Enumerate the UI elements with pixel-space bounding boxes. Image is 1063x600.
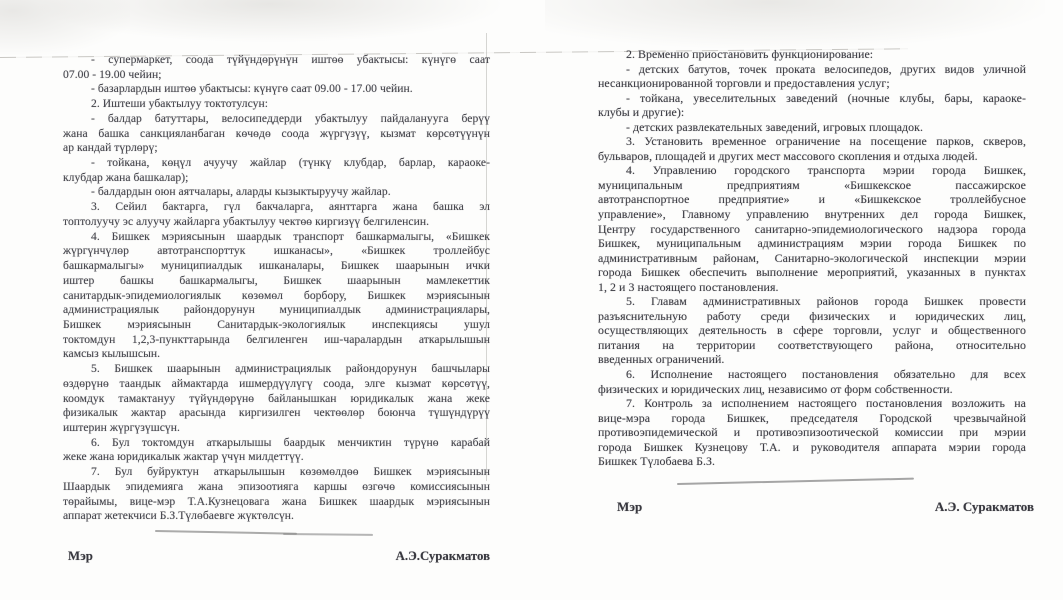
text-line: - детских батутов, точек проката велосип…: [598, 62, 1026, 77]
paragraph: - балдар батуттары, велосипеддерди убакт…: [63, 112, 490, 156]
text-line: 6. Исполнение настоящего постановления о…: [598, 367, 1026, 382]
text-line: 1, 2 и 3 настоящего постановления.: [598, 280, 1026, 295]
text-line: несанкционированной торговли и предостав…: [598, 76, 1026, 91]
text-line: физических и юридических лиц, независимо…: [598, 382, 1026, 397]
paragraph: 4. Управлению городского транспорта мэри…: [598, 163, 1026, 294]
text-line: города Бишкек Кузнецову Т.А. и руководит…: [598, 440, 1026, 455]
text-line: Бишкек, муниципальным администрациям мэр…: [598, 236, 1026, 251]
text-line: вице-мэра города Бишкек, председателя Го…: [598, 411, 1026, 426]
text-line: төрайымы, вице-мэр Т.А.Кузнецовага жана …: [63, 495, 490, 510]
text-line: санитардык-эпидемиологиялык көзөмөл борб…: [63, 289, 490, 304]
text-line: 6. Бул токтомдун аткарылышы баардык менч…: [63, 436, 490, 451]
text-line: коомдук тамактануу түйүндөрүнө байланышк…: [63, 392, 490, 407]
scan-smudge: [40, 0, 500, 42]
text-line: питания на территории соответствующего р…: [598, 338, 1026, 353]
text-line: камсыз кылышсын.: [63, 347, 490, 362]
text-line: 4. Бишкек мэриясынын шаардык транспорт б…: [63, 230, 490, 245]
scan-smudge: [0, 0, 130, 55]
paragraph: - балдардын оюн аятчалары, аларды кызыкт…: [63, 185, 490, 200]
paragraph: 5. Главам административных районов город…: [598, 294, 1026, 367]
text-line: 07.00 - 19.00 чейин;: [63, 68, 490, 83]
paragraph: 2. Временно приостановить функционирован…: [598, 47, 1026, 62]
text-line: - тойкана, увеселительных заведений (ноч…: [598, 91, 1026, 106]
paragraph: 6. Исполнение настоящего постановления о…: [598, 367, 1026, 396]
text-line: 7. Контроль за исполнением настоящего по…: [598, 396, 1026, 411]
paragraph: 7. Контроль за исполнением настоящего по…: [598, 396, 1026, 469]
paragraph: 4. Бишкек мэриясынын шаардык транспорт б…: [63, 230, 490, 362]
text-line: - детских развлекательных заведений, игр…: [598, 120, 1026, 135]
text-line: иштерин жүргүзүшсүн.: [63, 421, 490, 436]
text-line: - супермаркет, соода түйүндөрүнүн иштөө …: [63, 53, 490, 68]
paragraph: - тойкана, көңүл ачуучу жайлар (түнкү кл…: [63, 156, 490, 185]
text-line: жеке жана юридикалык жактар үчүн милдетт…: [63, 450, 490, 465]
text-line: аппарат жетекчиси Б.З.Түлөбаевге жүктөлс…: [63, 509, 490, 524]
paragraph: - тойкана, увеселительных заведений (ноч…: [598, 91, 1026, 120]
paragraph: 3. Установить временное ограничение на п…: [598, 134, 1026, 163]
signature-row-right: Мэр А.Э. Суракматов: [598, 499, 1034, 515]
text-line: 7. Бул буйруктун аткарылышын көзөмөлдөө …: [63, 465, 490, 480]
text-line: - балдардын оюн аятчалары, аларды кызыкт…: [63, 185, 490, 200]
text-line: Шаардык эпидемияга жана эпизоотияга карш…: [63, 480, 490, 495]
text-line: клубдар жана башкалар);: [63, 171, 490, 186]
text-line: иштер башкы башкармалыгы, Бишкек шаарыны…: [63, 274, 490, 289]
text-line: введенных ограничений.: [598, 352, 1026, 367]
signature-line: [283, 533, 373, 536]
paragraph: 6. Бул токтомдун аткарылышы баардык менч…: [63, 436, 490, 465]
text-line: бульваров, площадей и других мест массов…: [598, 149, 1026, 164]
text-line: клубы и другие):: [598, 105, 1026, 120]
text-line: 2. Временно приостановить функционирован…: [598, 47, 1026, 62]
text-line: разъяснительную работу среди физических …: [598, 309, 1026, 324]
text-line: - балдар батуттары, велосипеддерди убакт…: [63, 112, 490, 127]
paragraph: 3. Сейил бактарга, гүл бакчаларга, аянтт…: [63, 200, 490, 229]
text-line: жана башка санкцияланбаган көчөдө соода …: [63, 127, 490, 142]
text-line: Бишкек Түлобаева Б.З.: [598, 454, 1026, 469]
text-line: 5. Главам административных районов город…: [598, 294, 1026, 309]
signature-line: [677, 478, 914, 485]
text-line: администрациялык райондорунун муниципиал…: [63, 303, 490, 318]
text-line: административным районам, Санитарно-экол…: [598, 251, 1026, 266]
text-line: токтомдун 1,2,3-пункттарында белгиленген…: [63, 333, 490, 348]
text-line: - базарлардын иштөө убактысы: күнүгө саа…: [63, 82, 490, 97]
paragraph: - детских развлекательных заведений, игр…: [598, 120, 1026, 135]
signature-row-left: Мэр А.Э.Суракматов: [63, 549, 490, 564]
text-line: - тойкана, көңүл ачуучу жайлар (түнкү кл…: [63, 156, 490, 171]
paragraph: - базарлардын иштөө убактысы: күнүгө саа…: [63, 82, 490, 97]
text-line: 5. Бишкек шаарынын администрациялык райо…: [63, 362, 490, 377]
scanned-document: - супермаркет, соода түйүндөрүнүн иштөө …: [0, 0, 1063, 600]
text-line: противоэпидемической и противоэпизоотиче…: [598, 425, 1026, 440]
signer-name: А.Э. Суракматов: [935, 499, 1034, 515]
left-page-text-kyrgyz: - супермаркет, соода түйүндөрүнүн иштөө …: [63, 53, 490, 524]
text-line: физикалык жактар арасында киргизилген че…: [63, 406, 490, 421]
paragraph: 2. Иштеши убактылуу токтотулсун:: [63, 97, 490, 112]
text-line: 2. Иштеши убактылуу токтотулсун:: [63, 97, 490, 112]
signer-role: Мэр: [617, 499, 642, 515]
text-line: 3. Сейил бактарга, гүл бакчаларга, аянтт…: [63, 200, 490, 215]
text-line: жүргүнчүлөр автотранспорттук ишканасы», …: [63, 244, 490, 259]
signature-line: [155, 530, 297, 534]
text-line: муниципальным предприятиям «Бишкекское п…: [598, 178, 1026, 193]
text-line: 4. Управлению городского транспорта мэри…: [598, 163, 1026, 178]
paragraph: 5. Бишкек шаарынын администрациялык райо…: [63, 362, 490, 436]
text-line: автотранспортное предприятие» и «Бишкекс…: [598, 192, 1026, 207]
paragraph: - супермаркет, соода түйүндөрүнүн иштөө …: [63, 53, 490, 82]
text-line: башкармалыгы» муниципиалдык ишканалары, …: [63, 259, 490, 274]
paragraph: - детских батутов, точек проката велосип…: [598, 62, 1026, 91]
right-page-text-russian: 2. Временно приостановить функционирован…: [598, 47, 1026, 469]
text-line: Центру государственного санитарно-эпидем…: [598, 222, 1026, 237]
text-line: 3. Установить временное ограничение на п…: [598, 134, 1026, 149]
scan-smudge: [545, 0, 1045, 48]
signer-role: Мэр: [68, 549, 93, 564]
text-line: осуществляющих деятельность в сфере торг…: [598, 323, 1026, 338]
text-line: управление», Главному управлению внутрен…: [598, 207, 1026, 222]
text-line: топтолуучу эс алуучу жайларга убактылуу …: [63, 215, 490, 230]
text-line: города Бишкек обеспечить выполнение меро…: [598, 265, 1026, 280]
text-line: ар кандай түрлөрү;: [63, 141, 490, 156]
signer-name: А.Э.Суракматов: [396, 549, 490, 564]
text-line: Бишкек мэриясынын Санитардык-экологиялык…: [63, 318, 490, 333]
text-line: өздөрүнө таандык аймактарда ишмердүүлүгү…: [63, 377, 490, 392]
paragraph: 7. Бул буйруктун аткарылышын көзөмөлдөө …: [63, 465, 490, 524]
